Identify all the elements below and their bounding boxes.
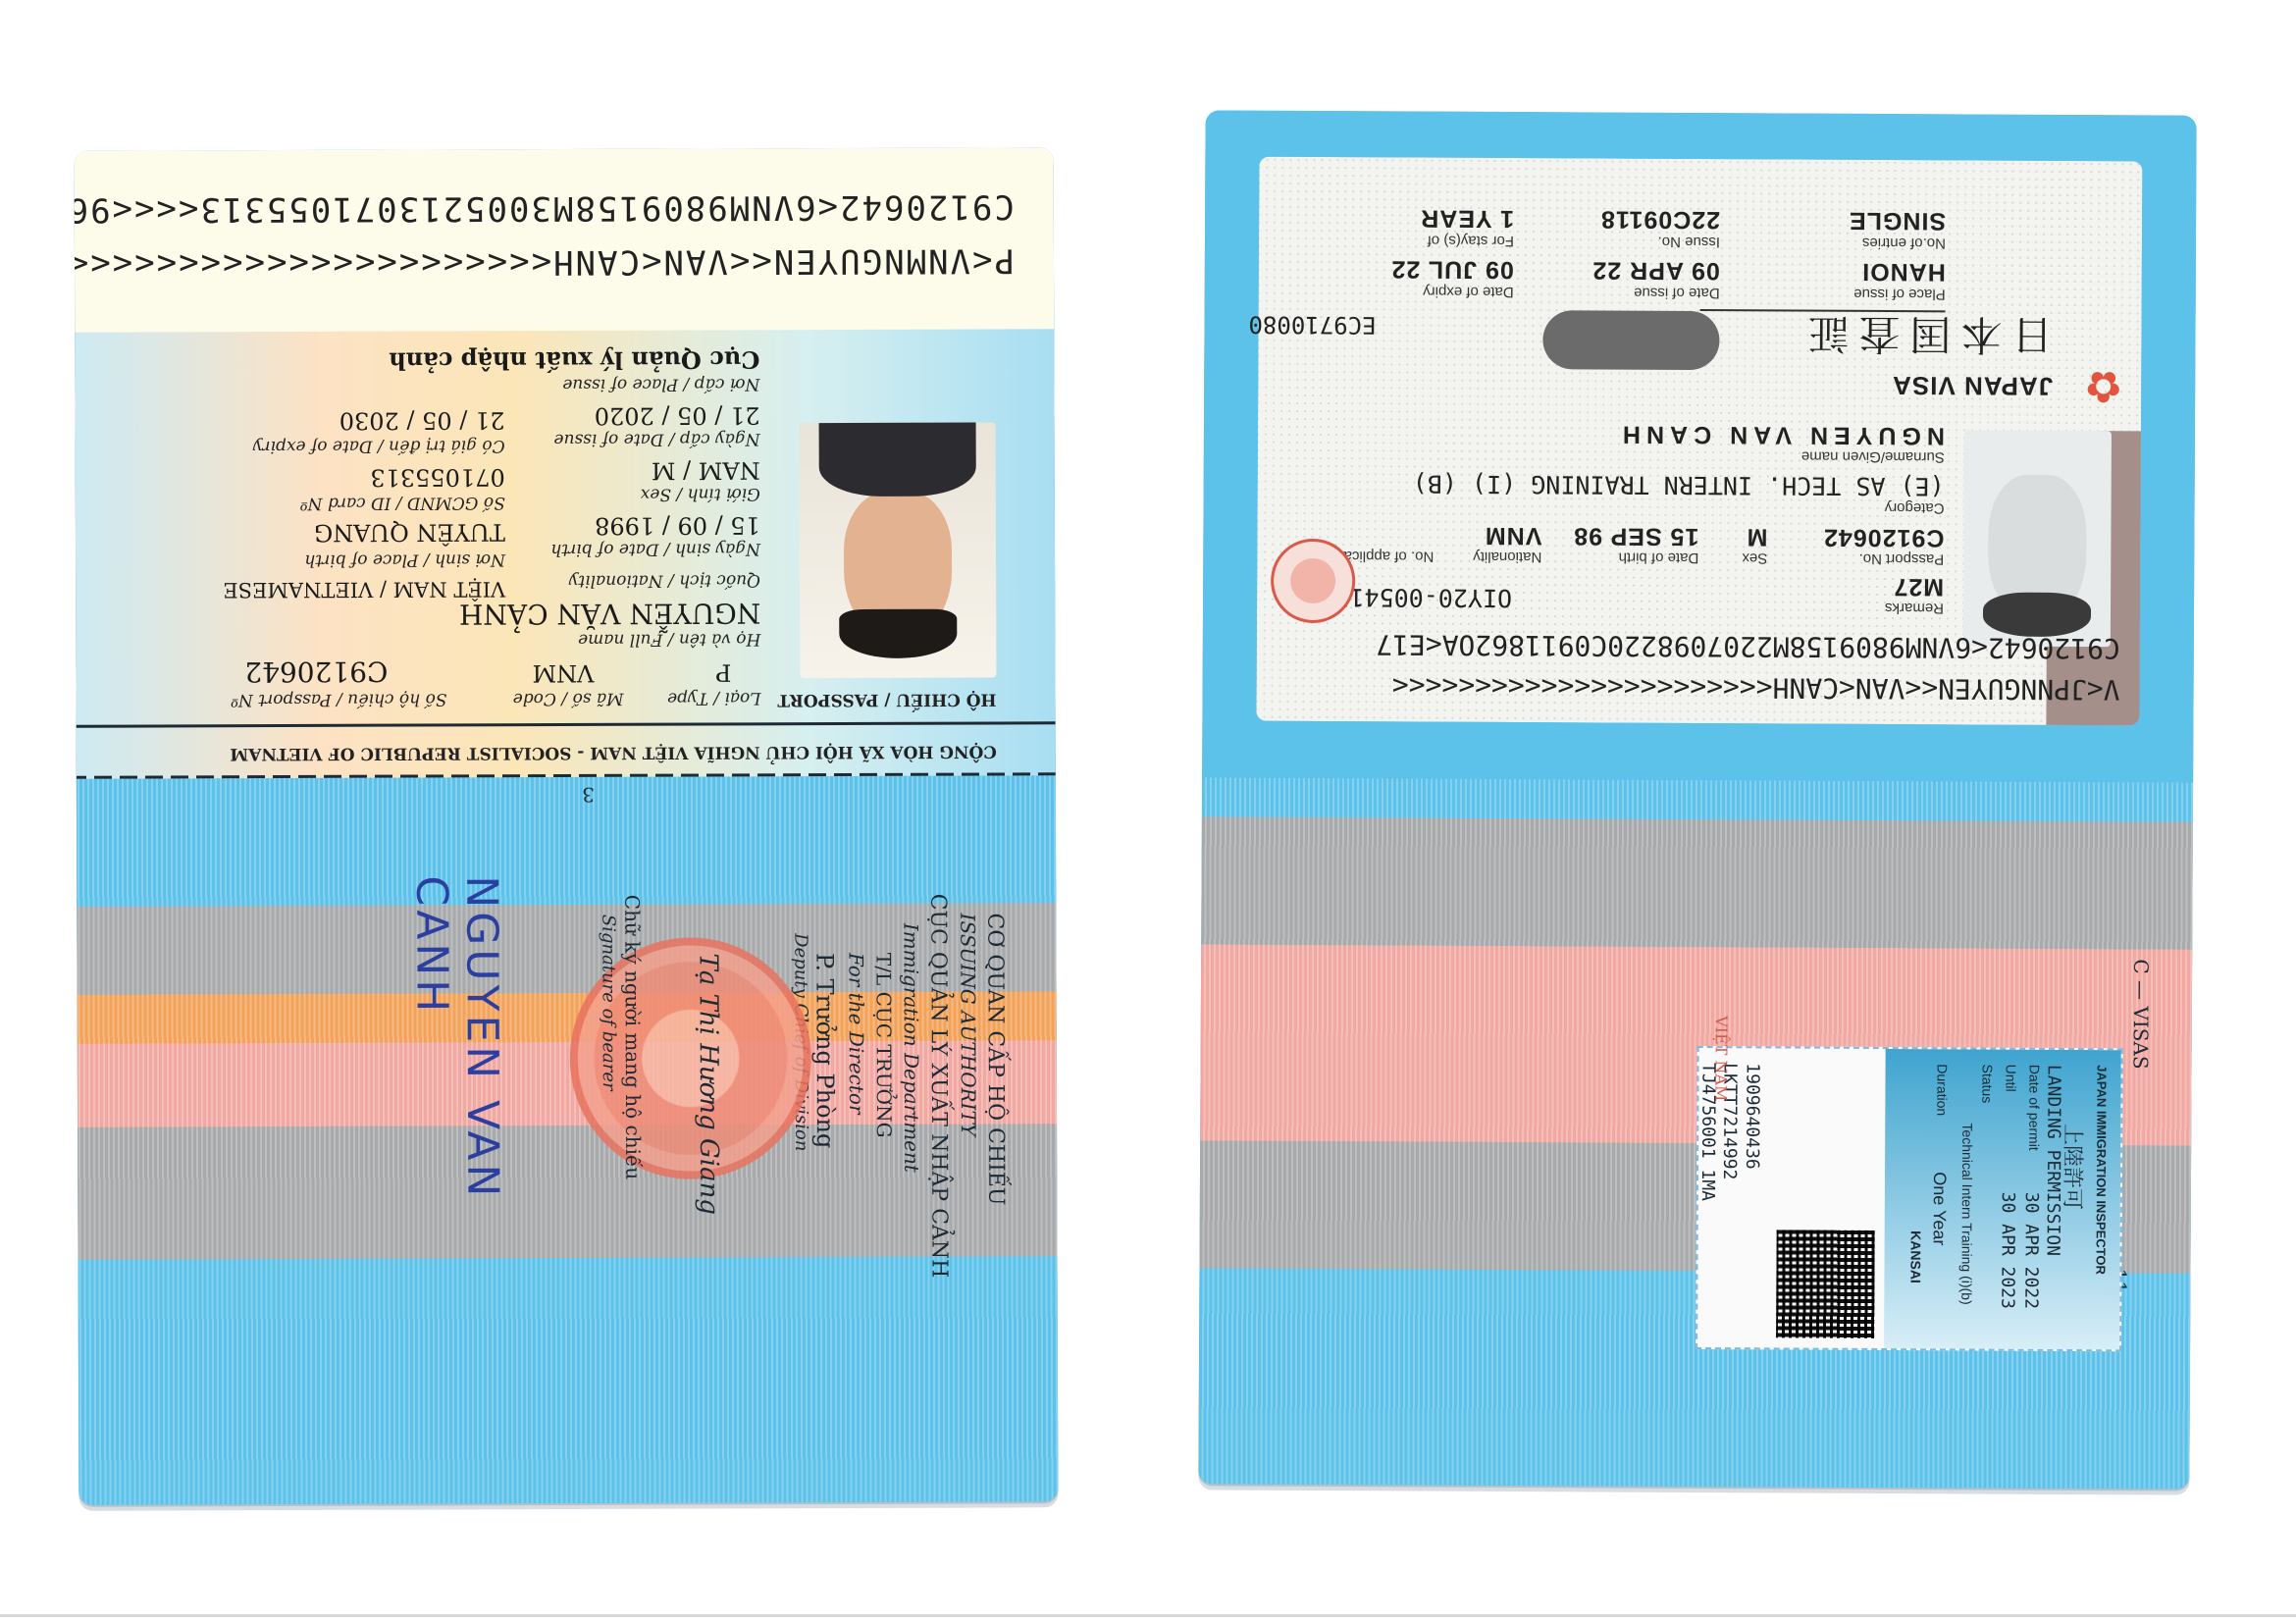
authority-title-en: ISSUING AUTHORITY — [956, 914, 980, 1137]
sex-label: Sex — [1742, 550, 1767, 566]
signer-name: Tạ Thị Hương Giang — [693, 953, 723, 1215]
japan-visa-sticker: JAPAN VISA ✿ JAPAN VISA 日本国査証 Place of i… — [1256, 157, 2142, 726]
signature-page: 3 CƠ QUAN CẤP HỘ CHIẾU ISSUING AUTHORITY… — [77, 775, 1059, 1504]
reference-number: OIY20-005415 — [1334, 583, 1512, 612]
nationality-label: Quốc tịch / Nationality — [569, 570, 760, 591]
type-label: Loại / Type — [667, 688, 761, 707]
code-label: Mã số / Code — [513, 689, 624, 708]
type-value: P — [715, 658, 731, 686]
duration-label: Duration — [1934, 1064, 1950, 1116]
signer-for-vi: T/L CỤC TRƯỞNG — [871, 953, 896, 1138]
place-of-issue: HANOI — [1861, 257, 1946, 286]
passport-no-value: C9120642 — [244, 655, 388, 689]
place-issue-label: Nơi cấp / Place of issue — [562, 374, 759, 394]
visa-title-en: JAPAN VISA — [1892, 370, 2053, 401]
mrz-zone: P<VNMNGUYEN<<VAN<CANH<<<<<<<<<<<<<<<<<<<… — [75, 147, 1055, 332]
visa-dob: 15 SEP 98 — [1573, 521, 1698, 550]
vietnam-passport-booklet: 3 CƠ QUAN CẤP HỘ CHIẾU ISSUING AUTHORITY… — [75, 147, 1059, 1504]
visa-page: JAPAN VISA ✿ JAPAN VISA 日本国査証 Place of i… — [1202, 110, 2197, 782]
status-label: Status — [1979, 1065, 1995, 1104]
status-value: Technical Intern Training (i)(b) — [1958, 1123, 1975, 1304]
passport-no-label: Passport No. — [1859, 550, 1945, 567]
remarks-label: Remarks — [1885, 600, 1944, 616]
document-title: HỘ CHIẾU / PASSPORT — [777, 689, 996, 709]
nationality-label: Nationality — [1473, 549, 1541, 565]
pob-value: TUYÊN QUANG — [314, 518, 505, 547]
vietnam-emblem-text: VIỆT NAM — [1711, 1016, 1730, 1101]
landing-permission-page: 11 C — VISAS JAPAN IMMIGRATION INSPECTOR… — [1198, 777, 2193, 1489]
issue-no: 22C09118 — [1600, 204, 1720, 234]
scan-bottom-edge — [0, 1614, 2296, 1617]
sticker-code-1: 1909640436 — [1742, 1063, 1763, 1169]
header-rule — [77, 721, 1056, 727]
inspector-header: JAPAN IMMIGRATION INSPECTOR — [2093, 1065, 2109, 1275]
code-value: VNM — [533, 659, 595, 687]
department-en: Immigration Department — [899, 923, 923, 1173]
issue-date-label: Ngày cấp / Date of issue — [553, 429, 759, 449]
stay: 1 YEAR — [1420, 204, 1514, 234]
date-of-permit: 30 APR 2022 — [2020, 1192, 2042, 1309]
dob-label: Date of birth — [1619, 550, 1699, 566]
duration-value: One Year — [1929, 1172, 1950, 1245]
entries: SINGLE — [1849, 206, 1946, 236]
bearer-signature-label-vi: Chữ ký người mang hộ chiếu — [620, 895, 645, 1180]
issue-no-label: Issue No. — [1658, 234, 1720, 250]
visa-title-ja: 日本国査証 — [1798, 307, 2053, 367]
authority-title-vi: CƠ QUAN CẤP HỘ CHIẾU — [982, 913, 1008, 1205]
sex-value: NAM / M — [652, 456, 760, 484]
visa-nationality: VNM — [1485, 521, 1542, 550]
entries-label: No.of entries — [1862, 235, 1946, 251]
visa-holder-photo — [1963, 430, 2112, 647]
full-name-value: NGUYỄN VĂN CẢNH — [459, 597, 760, 630]
ministry-seal — [1271, 539, 1355, 623]
date-of-issue: 09 APR 22 — [1592, 255, 1720, 285]
visa-page-booklet: 11 C — VISAS JAPAN IMMIGRATION INSPECTOR… — [1198, 110, 2196, 1489]
visa-sex: M — [1747, 522, 1768, 550]
place-of-issue-label: Place of issue — [1853, 286, 1945, 302]
right-booklet-content: 11 C — VISAS JAPAN IMMIGRATION INSPECTOR… — [1198, 110, 2196, 1489]
passport-no-label: Số hộ chiếu / Passport Nº — [231, 689, 447, 709]
visa-mrz-line-2: C9120642<6VNM9809158M2207098220C0911862O… — [1376, 628, 2120, 664]
port-of-entry: KANSAI — [1907, 1230, 1923, 1283]
dob-value: 15 / 09 / 1998 — [595, 511, 760, 540]
visa-number: EC9710080 — [1248, 311, 1376, 340]
passport-data-page: CỘNG HÒA XÃ HỘI CHỦ NGHĨA VIỆT NAM - SOC… — [75, 147, 1056, 778]
issue-date-value: 21 / 05 / 2020 — [595, 401, 760, 430]
bearer-signature-label-en: Signature of bearer — [598, 915, 619, 1091]
expiry-value: 21 / 05 / 2030 — [339, 406, 505, 435]
landing-title-en: LANDING PERMISSION — [2043, 1065, 2064, 1256]
dob-label: Ngày sinh / Date of birth — [550, 539, 760, 559]
until-label: Until — [2003, 1065, 2018, 1092]
signer-title-vi: P. Trưởng Phòng — [810, 953, 839, 1148]
page-number: 3 — [582, 783, 595, 807]
country-header: CỘNG HÒA XÃ HỘI CHỦ NGHĨA VIỆT NAM - SOC… — [230, 741, 996, 763]
full-name-label: Họ và tên / Full name — [578, 629, 760, 650]
pob-label: Nơi sinh / Place of birth — [304, 550, 505, 570]
holder-photo — [800, 422, 997, 678]
nationality-value: VIỆT NAM / VIETNAMESE — [223, 577, 505, 602]
category-label: Category — [1885, 499, 1945, 516]
date-of-expiry: 09 JUL 22 — [1390, 254, 1513, 284]
until-date: 30 APR 2023 — [1997, 1192, 2018, 1309]
visas-page-label: C — VISAS — [2129, 959, 2154, 1069]
id-card-label: Số GCMND / ID card Nº — [300, 493, 505, 513]
date-of-permit-label: Date of permit — [2026, 1065, 2042, 1151]
holder-name: NGUYEN VAN CANH — [1617, 420, 1945, 450]
mrz-line-2: C9120642<6VNM9809158M3005213071055313<<<… — [75, 186, 1015, 229]
qr-code — [1776, 1230, 1875, 1338]
date-of-expiry-label: Date of expiry — [1423, 284, 1514, 300]
left-booklet-content: 3 CƠ QUAN CẤP HỘ CHIẾU ISSUING AUTHORITY… — [75, 147, 1059, 1504]
visa-mrz-line-1: V<JPNNGUYEN<<VAN<CANH<<<<<<<<<<<<<<<<<<<… — [1392, 669, 2120, 706]
department-vi: CỤC QUẢN LÝ XUẤT NHẬP CẢNH — [925, 894, 951, 1279]
date-of-issue-label: Date of issue — [1634, 285, 1720, 301]
signer-for-en: For the Director — [844, 953, 868, 1115]
hologram-seal — [1542, 310, 1719, 370]
name-label: Surname/Given name — [1801, 448, 1945, 466]
cherry-blossom-icon: ✿ — [2085, 361, 2121, 411]
category: (E) AS TECH. INTERN TRAINING (I) (B) — [1413, 469, 1945, 500]
id-card-value: 071055313 — [370, 463, 505, 491]
expiry-label: Có giá trị đến / Date of expiry — [253, 436, 505, 456]
stay-label: For stay(s) of — [1428, 233, 1514, 249]
bearer-signature: NGUYEN VAN CANH — [406, 875, 508, 1305]
remarks: M27 — [1893, 572, 1944, 601]
landing-permission-sticker: JAPAN IMMIGRATION INSPECTOR 上陸許可 LANDING… — [1696, 1046, 2123, 1351]
place-issue-value: Cục Quản lý xuất nhập cảnh — [389, 345, 759, 375]
sex-label: Giới tính / Sex — [641, 484, 760, 503]
mrz-line-1: P<VNMNGUYEN<<VAN<CANH<<<<<<<<<<<<<<<<<<<… — [75, 240, 1015, 283]
visa-passport-no: C9120642 — [1823, 523, 1945, 552]
